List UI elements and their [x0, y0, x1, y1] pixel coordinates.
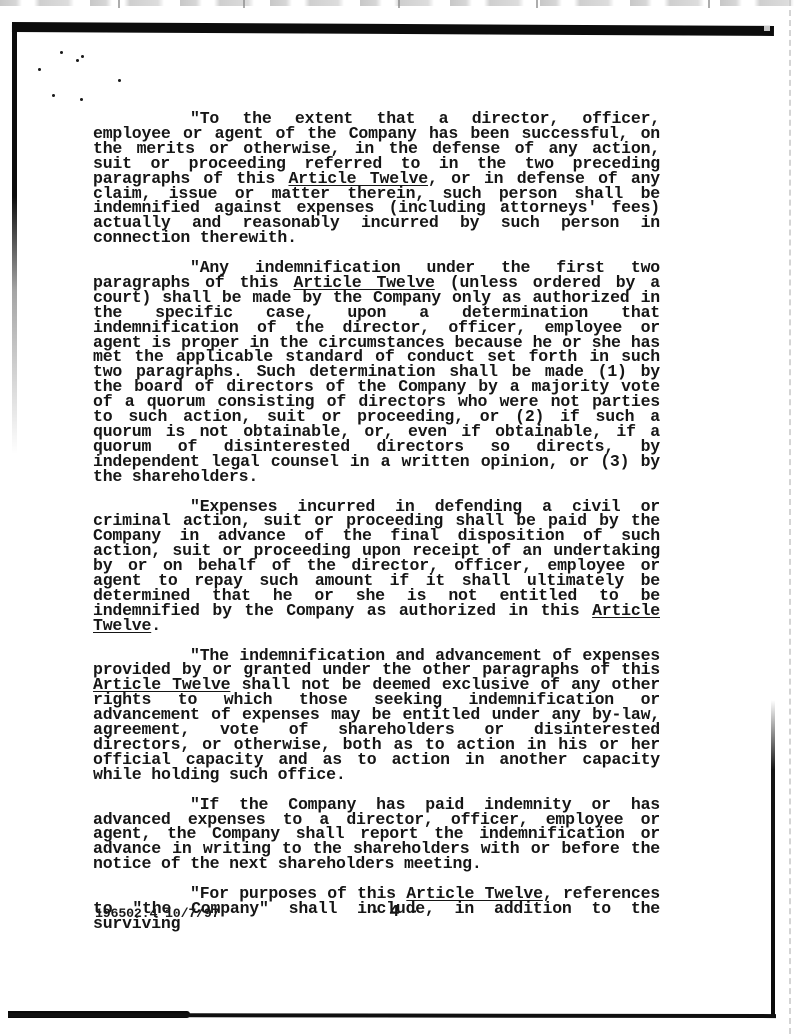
scan-speck — [76, 59, 79, 62]
paragraph-text: "If the Company has paid indemnity or ha… — [93, 795, 660, 874]
scan-speck — [38, 68, 41, 71]
scan-noise-tick — [243, 0, 245, 8]
scan-speck — [60, 51, 63, 54]
paragraph-text: "The indemnification and advancement of … — [93, 646, 660, 680]
paragraph: "The indemnification and advancement of … — [93, 649, 660, 783]
page-frame-top-notch — [764, 25, 770, 31]
page-frame-right-edge — [771, 700, 775, 1016]
paragraph: "Expenses incurred in defending a civil … — [93, 500, 660, 634]
paragraph-text: (unless ordered by a court) shall be mad… — [93, 273, 660, 486]
scan-perforation-line — [789, 0, 791, 1034]
paragraph-text: shall not be deemed exclusive of any oth… — [93, 675, 660, 783]
document-body: "To the extent that a director, officer,… — [93, 112, 660, 947]
paragraph: "To the extent that a director, officer,… — [93, 112, 660, 246]
paragraph-text: "Expenses incurred in defending a civil … — [93, 497, 660, 620]
scan-noise-tick — [118, 0, 120, 8]
scan-noise-tick — [536, 0, 538, 8]
paragraph: "If the Company has paid indemnity or ha… — [93, 798, 660, 873]
scan-speck — [52, 94, 55, 97]
footer-doc-number: 196502.4 10/7/97 — [95, 906, 219, 921]
paragraph-text: . — [151, 616, 161, 635]
scan-noise-tick — [398, 0, 400, 8]
footer-page-number: - 4 - — [370, 902, 419, 921]
page-frame-top-edge — [12, 22, 774, 36]
paragraph: "Any indemnification under the first two… — [93, 261, 660, 485]
scan-speck — [118, 79, 121, 82]
scan-noise-tick — [708, 0, 710, 8]
scanned-document-page: { "scan": { "paper_color": "#ffffff", "i… — [0, 0, 799, 1034]
page-frame-left-edge — [12, 24, 17, 454]
scan-speck — [81, 55, 84, 58]
scan-speck — [80, 98, 83, 101]
